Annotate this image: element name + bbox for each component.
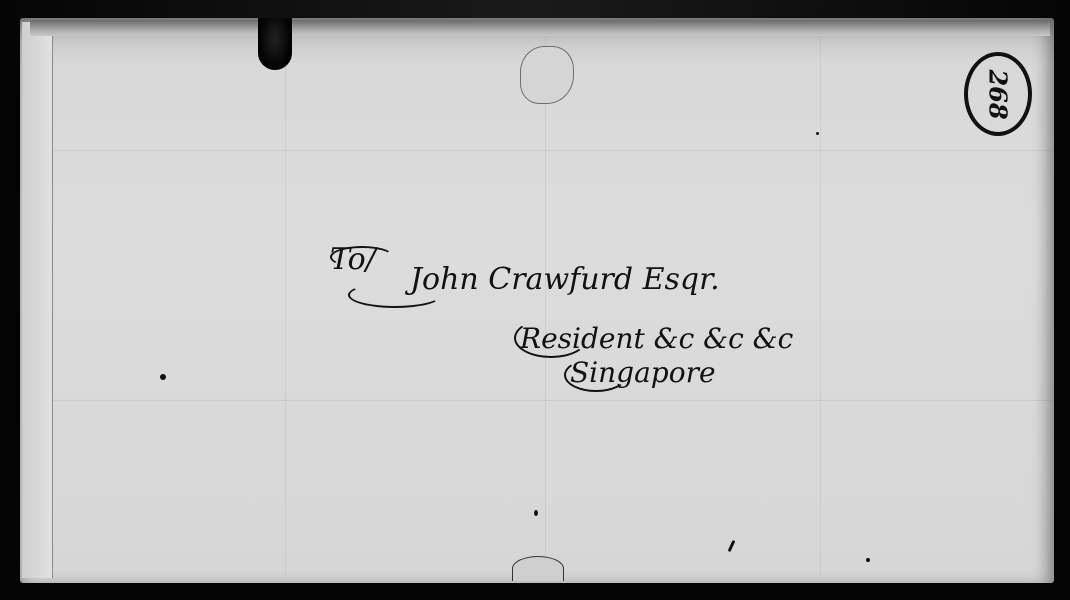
folio-number-stamp: 268 — [964, 52, 1032, 136]
ink-spot — [534, 510, 538, 516]
folio-number: 268 — [983, 69, 1012, 119]
top-fold-shadow — [30, 20, 1050, 36]
ink-spot — [160, 374, 166, 380]
ink-spot — [816, 132, 819, 135]
address-salutation: To/ — [330, 242, 376, 277]
crease — [285, 36, 286, 576]
ink-spot — [866, 558, 870, 562]
address-name: John Crawfurd Esqr. — [410, 262, 720, 297]
paper-tear — [520, 46, 574, 104]
wax-seal-mark — [258, 18, 292, 70]
paper-tear-bottom — [512, 556, 564, 581]
left-fold — [22, 22, 53, 578]
address-block: To/ John Crawfurd Esqr. Resident &c &c &… — [330, 236, 850, 406]
address-place: Singapore — [570, 356, 716, 389]
address-title: Resident &c &c &c — [520, 322, 793, 355]
crease — [52, 150, 1052, 151]
